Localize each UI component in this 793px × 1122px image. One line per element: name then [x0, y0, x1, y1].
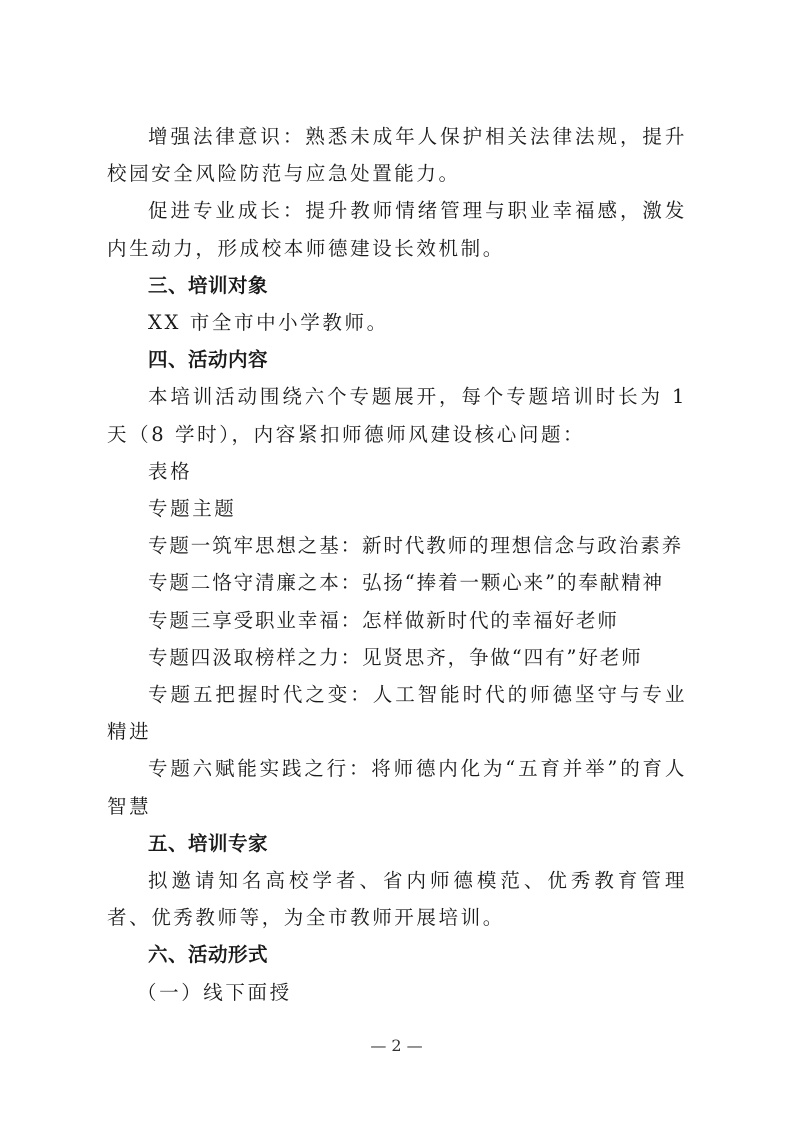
section-heading-training-target: 三、培训对象 [107, 267, 687, 304]
section-heading-activity-format: 六、活动形式 [107, 936, 687, 973]
topic-item-4: 专题四汲取榜样之力：见贤思齐，争做“四有”好老师 [107, 639, 687, 676]
paragraph-topic-header: 专题主题 [107, 490, 687, 527]
topic-item-1: 专题一筑牢思想之基：新时代教师的理想信念与政治素养 [107, 527, 687, 564]
topic-item-3: 专题三享受职业幸福：怎样做新时代的幸福好老师 [107, 602, 687, 639]
paragraph-professional-growth: 促进专业成长：提升教师情绪管理与职业幸福感，激发内生动力，形成校本师德建设长效机… [107, 192, 687, 266]
topic-item-6: 专题六赋能实践之行：将师德内化为“五育并举”的育人智慧 [107, 750, 687, 824]
document-page: 增强法律意识：熟悉未成年人保护相关法律法规，提升校园安全风险防范与应急处置能力。… [107, 118, 687, 1011]
section-heading-activity-content: 四、活动内容 [107, 341, 687, 378]
paragraph-target-teachers: XX 市全市中小学教师。 [107, 304, 687, 341]
section-heading-training-experts: 五、培训专家 [107, 825, 687, 862]
page-number: — 2 — [0, 1036, 793, 1055]
subheading-offline-teaching: （一）线下面授 [107, 974, 687, 1011]
paragraph-legal-awareness: 增强法律意识：熟悉未成年人保护相关法律法规，提升校园安全风险防范与应急处置能力。 [107, 118, 687, 192]
paragraph-table-label: 表格 [107, 453, 687, 490]
paragraph-experts: 拟邀请知名高校学者、省内师德模范、优秀教育管理者、优秀教师等，为全市教师开展培训… [107, 862, 687, 936]
topic-item-2: 专题二恪守清廉之本：弘扬“捧着一颗心来”的奉献精神 [107, 564, 687, 601]
paragraph-activity-intro: 本培训活动围绕六个专题展开，每个专题培训时长为 1 天（8 学时），内容紧扣师德… [107, 378, 687, 452]
topic-item-5: 专题五把握时代之变：人工智能时代的师德坚守与专业精进 [107, 676, 687, 750]
